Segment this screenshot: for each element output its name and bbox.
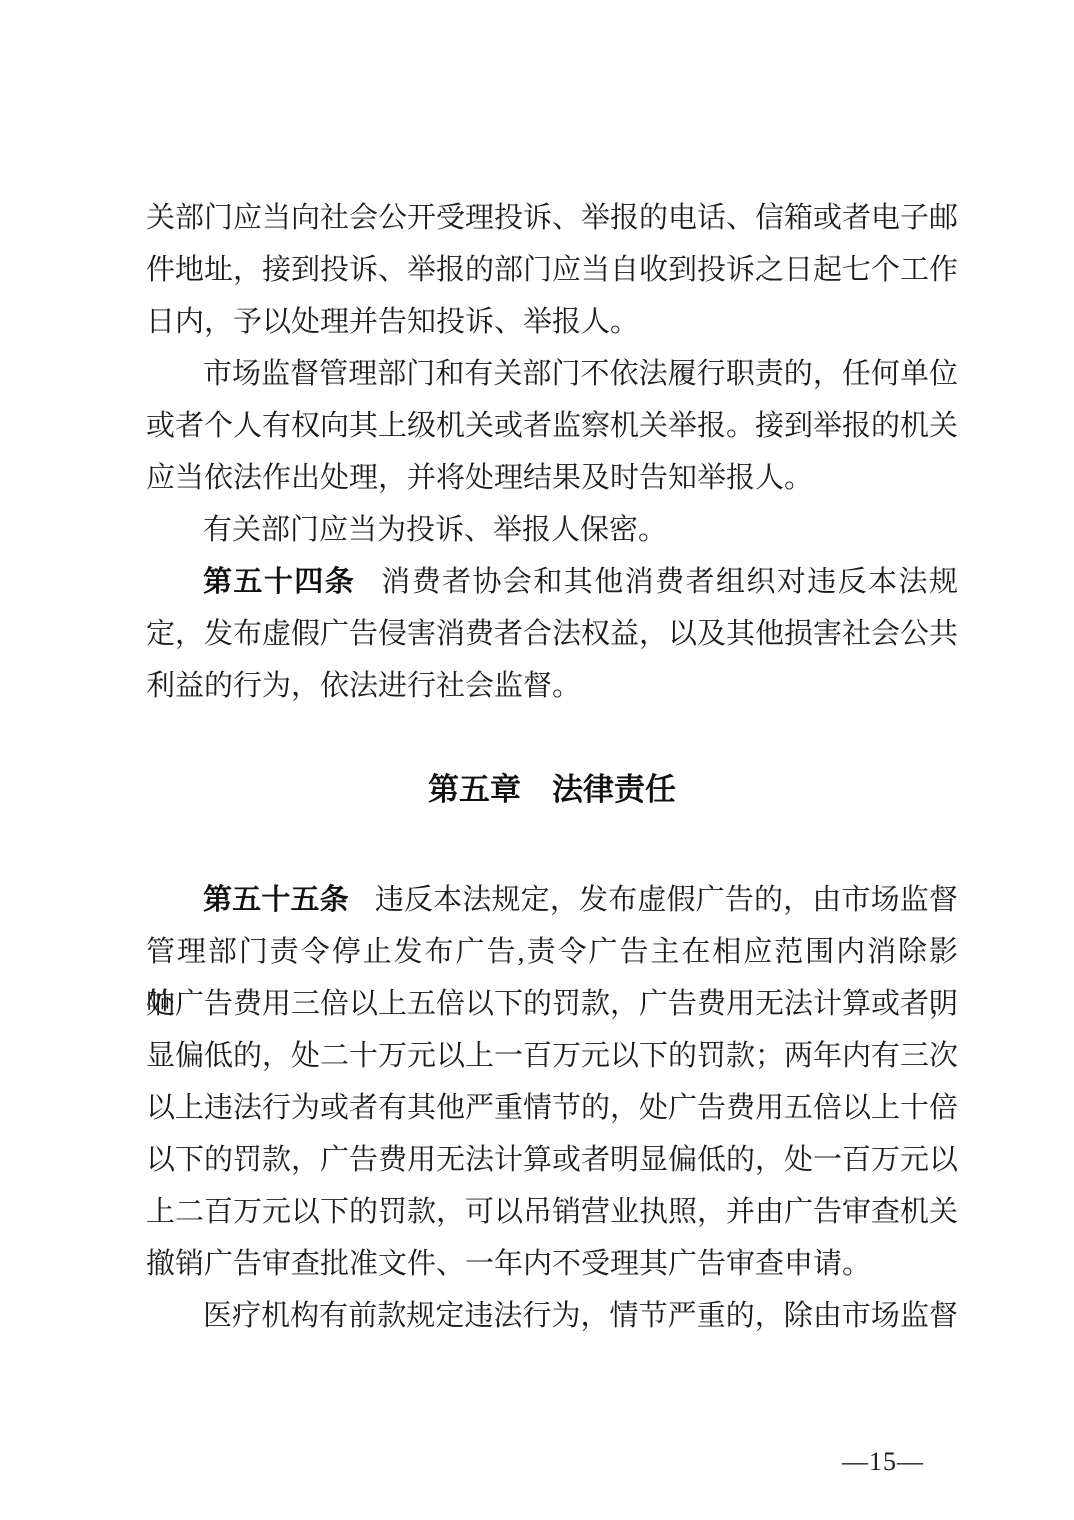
article-54-text: 消费者协会和其他消费者组织对违反本法规 xyxy=(381,566,958,598)
body-line: 撤销广告审查批准文件、一年内不受理其广告审查申请。 xyxy=(146,1238,958,1290)
body-line: 应当依法作出处理，并将处理结果及时告知举报人。 xyxy=(146,452,958,504)
chapter-number: 第五章 xyxy=(428,772,521,807)
article-54-line: 第五十四条消费者协会和其他消费者组织对违反本法规 xyxy=(146,556,958,608)
body-line: 市场监督管理部门和有关部门不依法履行职责的，任何单位 xyxy=(146,348,958,400)
body-line: 上二百万元以下的罚款，可以吊销营业执照，并由广告审查机关 xyxy=(146,1186,958,1238)
body-line: 处广告费用三倍以上五倍以下的罚款，广告费用无法计算或者明 xyxy=(146,978,958,1030)
body-line: 利益的行为，依法进行社会监督。 xyxy=(146,660,958,712)
body-line: 以下的罚款，广告费用无法计算或者明显偏低的，处一百万元以 xyxy=(146,1134,958,1186)
article-55-line: 第五十五条违反本法规定，发布虚假广告的，由市场监督 xyxy=(146,874,958,926)
chapter-title: 法律责任 xyxy=(552,772,676,807)
body-line: 或者个人有权向其上级机关或者监察机关举报。接到举报的机关 xyxy=(146,400,958,452)
body-line: 有关部门应当为投诉、举报人保密。 xyxy=(146,504,958,556)
article-55-text: 违反本法规定，发布虚假广告的，由市场监督 xyxy=(375,884,958,916)
article-55-number: 第五十五条 xyxy=(203,884,349,916)
article-54-number: 第五十四条 xyxy=(203,566,355,598)
body-line: 医疗机构有前款规定违法行为，情节严重的，除由市场监督 xyxy=(146,1290,958,1342)
body-line: 件地址，接到投诉、举报的部门应当自收到投诉之日起七个工作 xyxy=(146,244,958,296)
page-number: —15— xyxy=(842,1447,924,1477)
document-body: 关部门应当向社会公开受理投诉、举报的电话、信箱或者电子邮 件地址，接到投诉、举报… xyxy=(146,192,958,1342)
body-line: 管理部门责令停止发布广告,责令广告主在相应范围内消除影响， xyxy=(146,926,958,978)
document-page: 关部门应当向社会公开受理投诉、举报的电话、信箱或者电子邮 件地址，接到投诉、举报… xyxy=(0,0,1074,1520)
body-line: 以上违法行为或者有其他严重情节的，处广告费用五倍以上十倍 xyxy=(146,1082,958,1134)
body-line: 关部门应当向社会公开受理投诉、举报的电话、信箱或者电子邮 xyxy=(146,192,958,244)
chapter-heading: 第五章法律责任 xyxy=(146,764,958,816)
body-line: 显偏低的，处二十万元以上一百万元以下的罚款；两年内有三次 xyxy=(146,1030,958,1082)
body-line: 定，发布虚假广告侵害消费者合法权益，以及其他损害社会公共 xyxy=(146,608,958,660)
body-line: 日内，予以处理并告知投诉、举报人。 xyxy=(146,296,958,348)
